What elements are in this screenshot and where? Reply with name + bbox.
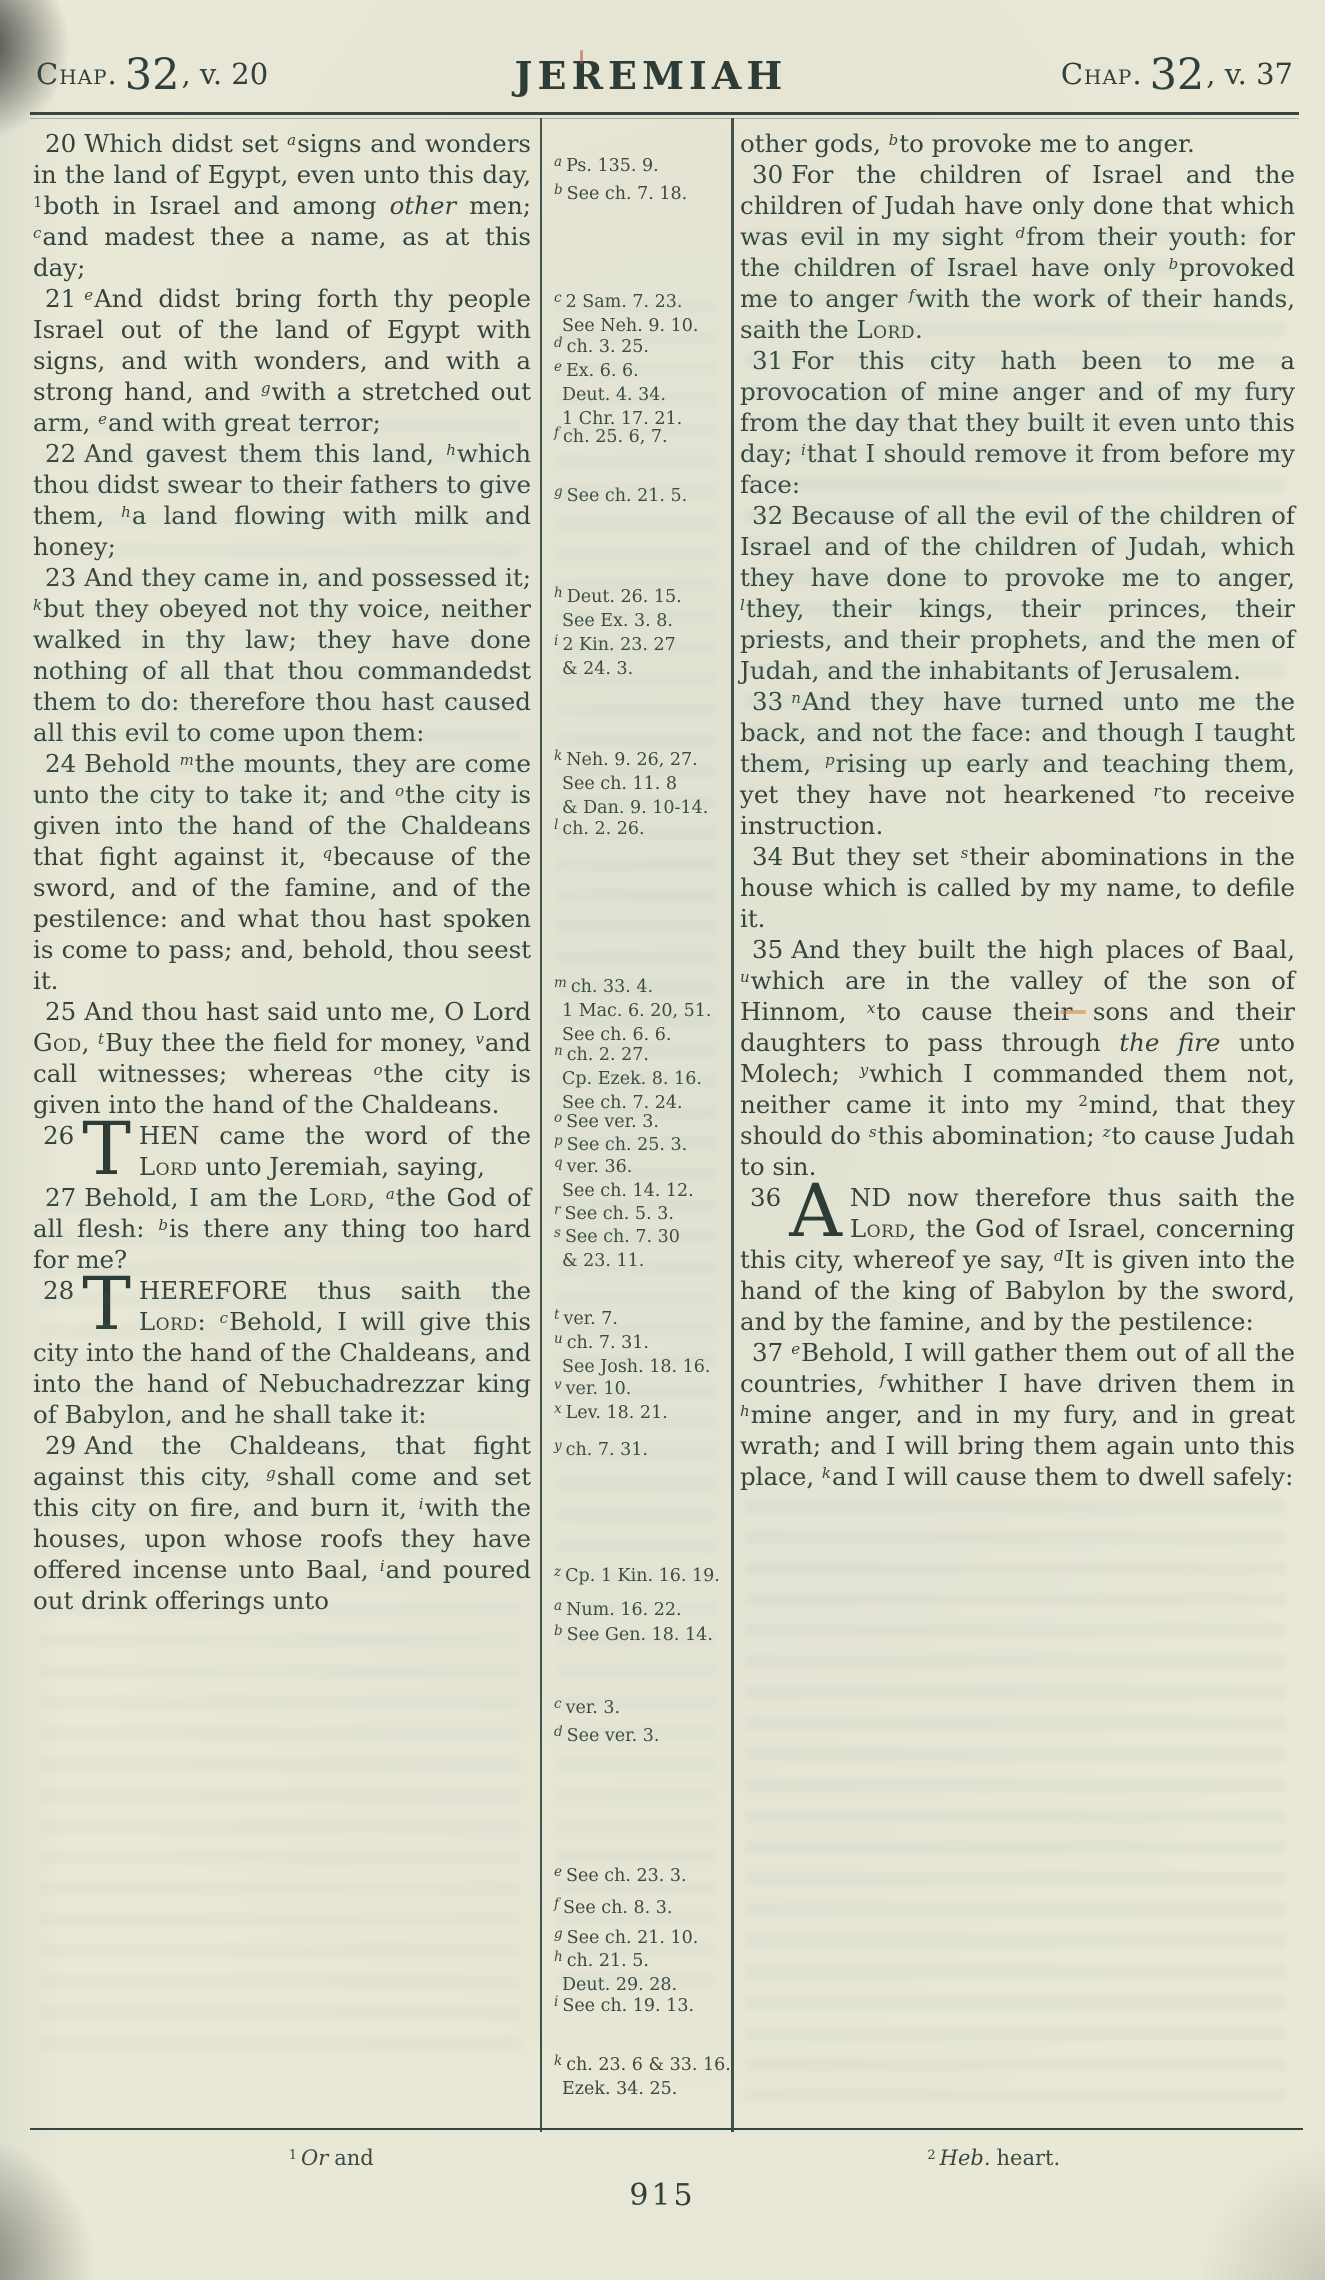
ref-letter: s [554,1225,561,1241]
margin-ref-i: i2 Kin. 23. 27& 24. 3. [554,629,676,681]
margin-ref-e: eSee ch. 23. 3. [554,1860,687,1888]
verse-37: 37eBehold, I will gather them out of all… [740,1337,1295,1492]
ref-letter: a [554,154,562,170]
ref-letter: b [554,182,563,198]
verse-31: 31For this city hath been to me a provoc… [740,345,1295,500]
verse-36: 36AND now therefore thus saith the Lord,… [740,1182,1295,1337]
ref-letter: v [554,1377,562,1393]
page-number: 915 [0,2178,1325,2213]
verse-26: 26THEN came the word of the Lord unto Je… [33,1120,531,1182]
ref-letter: e [554,359,562,375]
margin-ref-d: dSee ver. 3. [554,1720,659,1748]
ref-letter: d [554,335,563,351]
margin-ref-g: gSee ch. 21. 5. [554,480,687,508]
ref-letter: k [554,748,562,764]
ref-letter: t [554,1307,559,1323]
verse-22: 22And gavest them this land, hwhich thou… [33,438,531,562]
verse-21: 21eAnd didst bring forth thy people Isra… [33,283,531,438]
running-head-right-verse: , v. 37 [1206,57,1293,91]
verse-number: 37 [752,1338,791,1367]
margin-ref-s: sSee ch. 7. 30& 23. 11. [554,1221,680,1273]
page-header: Chap.32, v. 20 JEREMIAH Chap.32, v. 37 [36,38,1293,104]
ink-bleedthrough [745,1500,1285,2100]
ref-letter: p [554,1133,563,1149]
ref-letter: n [554,1043,563,1059]
running-head-left: Chap.32, v. 20 [36,50,268,100]
footnote-2-text: heart. [997,2146,1061,2170]
verse-20: 20Which didst set asigns and wonders in … [33,128,531,283]
verse-number: 28 [43,1275,74,1306]
verse-35: 35And they built the high places of Baal… [740,934,1295,1182]
verse-28: 28THEREFORE thus saith the Lord: cBehold… [33,1275,531,1430]
ref-letter: z [554,1564,561,1580]
margin-ref-b: bSee ch. 7. 18. [554,178,687,206]
verse-25: 25And thou hast said unto me, O Lord God… [33,996,531,1120]
ref-letter: e [554,1864,562,1880]
ref-letter: c [554,290,562,306]
ref-letter: r [554,1202,560,1218]
margin-ref-i: iSee ch. 19. 13. [554,1990,694,2018]
verse-24: 24Behold mthe mounts, they are come unto… [33,748,531,996]
ref-letter: i [554,633,558,649]
footnote-1-text: and [334,2146,374,2170]
left-text-column: 20Which didst set asigns and wonders in … [33,128,531,1616]
footer-rule [30,2128,1303,2130]
margin-ref-f: fch. 25. 6, 7. [554,421,668,449]
verse-number: 35 [752,935,791,964]
ref-letter: g [554,1926,563,1942]
verse-number: 27 [45,1183,84,1212]
running-head-right-chap: Chap. [1061,57,1143,91]
ref-letter: c [554,1696,562,1712]
scanned-bible-page: Chap.32, v. 20 JEREMIAH Chap.32, v. 37 2… [0,0,1325,2280]
ref-letter: f [554,1896,559,1912]
verse-number: 36 [750,1182,781,1213]
ref-letter: o [554,1110,562,1126]
running-head-left-verse: , v. 20 [181,57,268,91]
footnote-1-label: Or [301,2146,328,2170]
margin-ref-a: aNum. 16. 22. [554,1594,682,1622]
margin-ref-z: zCp. 1 Kin. 16. 19. [554,1560,720,1588]
ref-letter: i [554,1994,558,2010]
running-head-right: Chap.32, v. 37 [1061,50,1293,100]
ref-letter: h [554,585,563,601]
book-title: JEREMIAH [515,53,788,98]
verse-number: 34 [752,842,791,871]
footnote-1: 1Orand [0,2146,663,2170]
column-divider-right [731,118,734,2132]
verse-27: 27Behold, I am the Lord, athe God of all… [33,1182,531,1275]
margin-ref-q: qver. 36.See ch. 14. 12. [554,1151,694,1203]
margin-ref-n: nch. 2. 27.Cp. Ezek. 8. 16.See ch. 7. 24… [554,1039,702,1115]
drop-cap: T [82,1277,131,1337]
ref-letter: y [554,1438,562,1454]
ref-letter: h [554,1949,563,1965]
ref-letter: f [554,425,559,441]
ref-letter: q [554,1155,563,1171]
footnote-2-label: Heb. [940,2146,991,2170]
verse-number: 33 [752,687,791,716]
verse-29: 29And the Chaldeans, that fight against … [33,1430,531,1616]
verse-34: 34But they set stheir abominations in th… [740,841,1295,934]
verse-number: 29 [45,1431,84,1460]
running-head-right-chapter-number: 32 [1150,50,1205,100]
footnote-2: 2Heb.heart. [663,2146,1325,2170]
ref-letter: m [554,975,567,991]
ref-letter: k [554,2053,562,2069]
ref-letter: a [554,1598,562,1614]
verse-30: 30For the children of Israel and the chi… [740,159,1295,345]
verse-32: 32Because of all the evil of the childre… [740,500,1295,686]
running-head-left-chapter-number: 32 [125,50,180,100]
drop-cap: T [82,1122,131,1182]
margin-ref-k: kNeh. 9. 26, 27.See ch. 11. 8& Dan. 9. 1… [554,744,708,820]
margin-ref-b: bSee Gen. 18. 14. [554,1619,713,1647]
margin-ref-m: mch. 33. 4.1 Mac. 6. 20, 51.See ch. 6. 6… [554,971,711,1047]
ref-letter: d [554,1724,563,1740]
verse-number: 25 [45,997,84,1026]
footnote-2-marker: 2 [927,2148,935,2163]
ref-letter: g [554,484,563,500]
verse-number: 22 [45,439,84,468]
verse-number: 32 [752,501,791,530]
footnotes: 1Orand 2Heb.heart. [0,2146,1325,2170]
drop-cap: A [789,1184,842,1244]
ref-letter: l [554,817,558,833]
verse-number: 20 [45,129,84,158]
margin-ref-a: aPs. 135. 9. [554,150,659,178]
verse-continuation: other gods, bto provoke me to anger. [740,128,1295,159]
verse-33: 33nAnd they have turned unto me the back… [740,686,1295,841]
margin-ref-y: ych. 7. 31. [554,1434,648,1462]
column-divider-left [540,118,542,2132]
margin-ref-x: xLev. 18. 21. [554,1397,668,1425]
footnote-1-marker: 1 [289,2148,297,2163]
ref-letter: b [554,1623,563,1639]
verse-number: 21 [45,284,84,313]
margin-ref-e: eEx. 6. 6.Deut. 4. 34.1 Chr. 17. 21. [554,355,682,431]
verse-number: 24 [45,749,84,778]
margin-ref-k: kch. 23. 6 & 33. 16.Ezek. 34. 25. [554,2049,731,2101]
margin-ref-f: fSee ch. 8. 3. [554,1892,672,1920]
header-rule [30,112,1299,119]
verse-number: 30 [752,160,791,189]
right-text-column: other gods, bto provoke me to anger.30Fo… [740,128,1295,1492]
margin-ref-c: cver. 3. [554,1692,620,1720]
verse-number: 31 [752,346,791,375]
verse-number: 23 [45,563,84,592]
verse-23: 23And they came in, and possessed it; kb… [33,562,531,748]
margin-references-column: aPs. 135. 9.bSee ch. 7. 18.c2 Sam. 7. 23… [552,128,724,2134]
ref-letter: u [554,1331,563,1347]
running-head-left-chap: Chap. [36,57,118,91]
margin-ref-h: hDeut. 26. 15.See Ex. 3. 8. [554,581,682,633]
margin-ref-l: lch. 2. 26. [554,813,645,841]
margin-ref-u: uch. 7. 31.See Josh. 18. 16. [554,1327,710,1379]
verse-number: 26 [43,1120,74,1151]
ref-letter: x [554,1401,562,1417]
